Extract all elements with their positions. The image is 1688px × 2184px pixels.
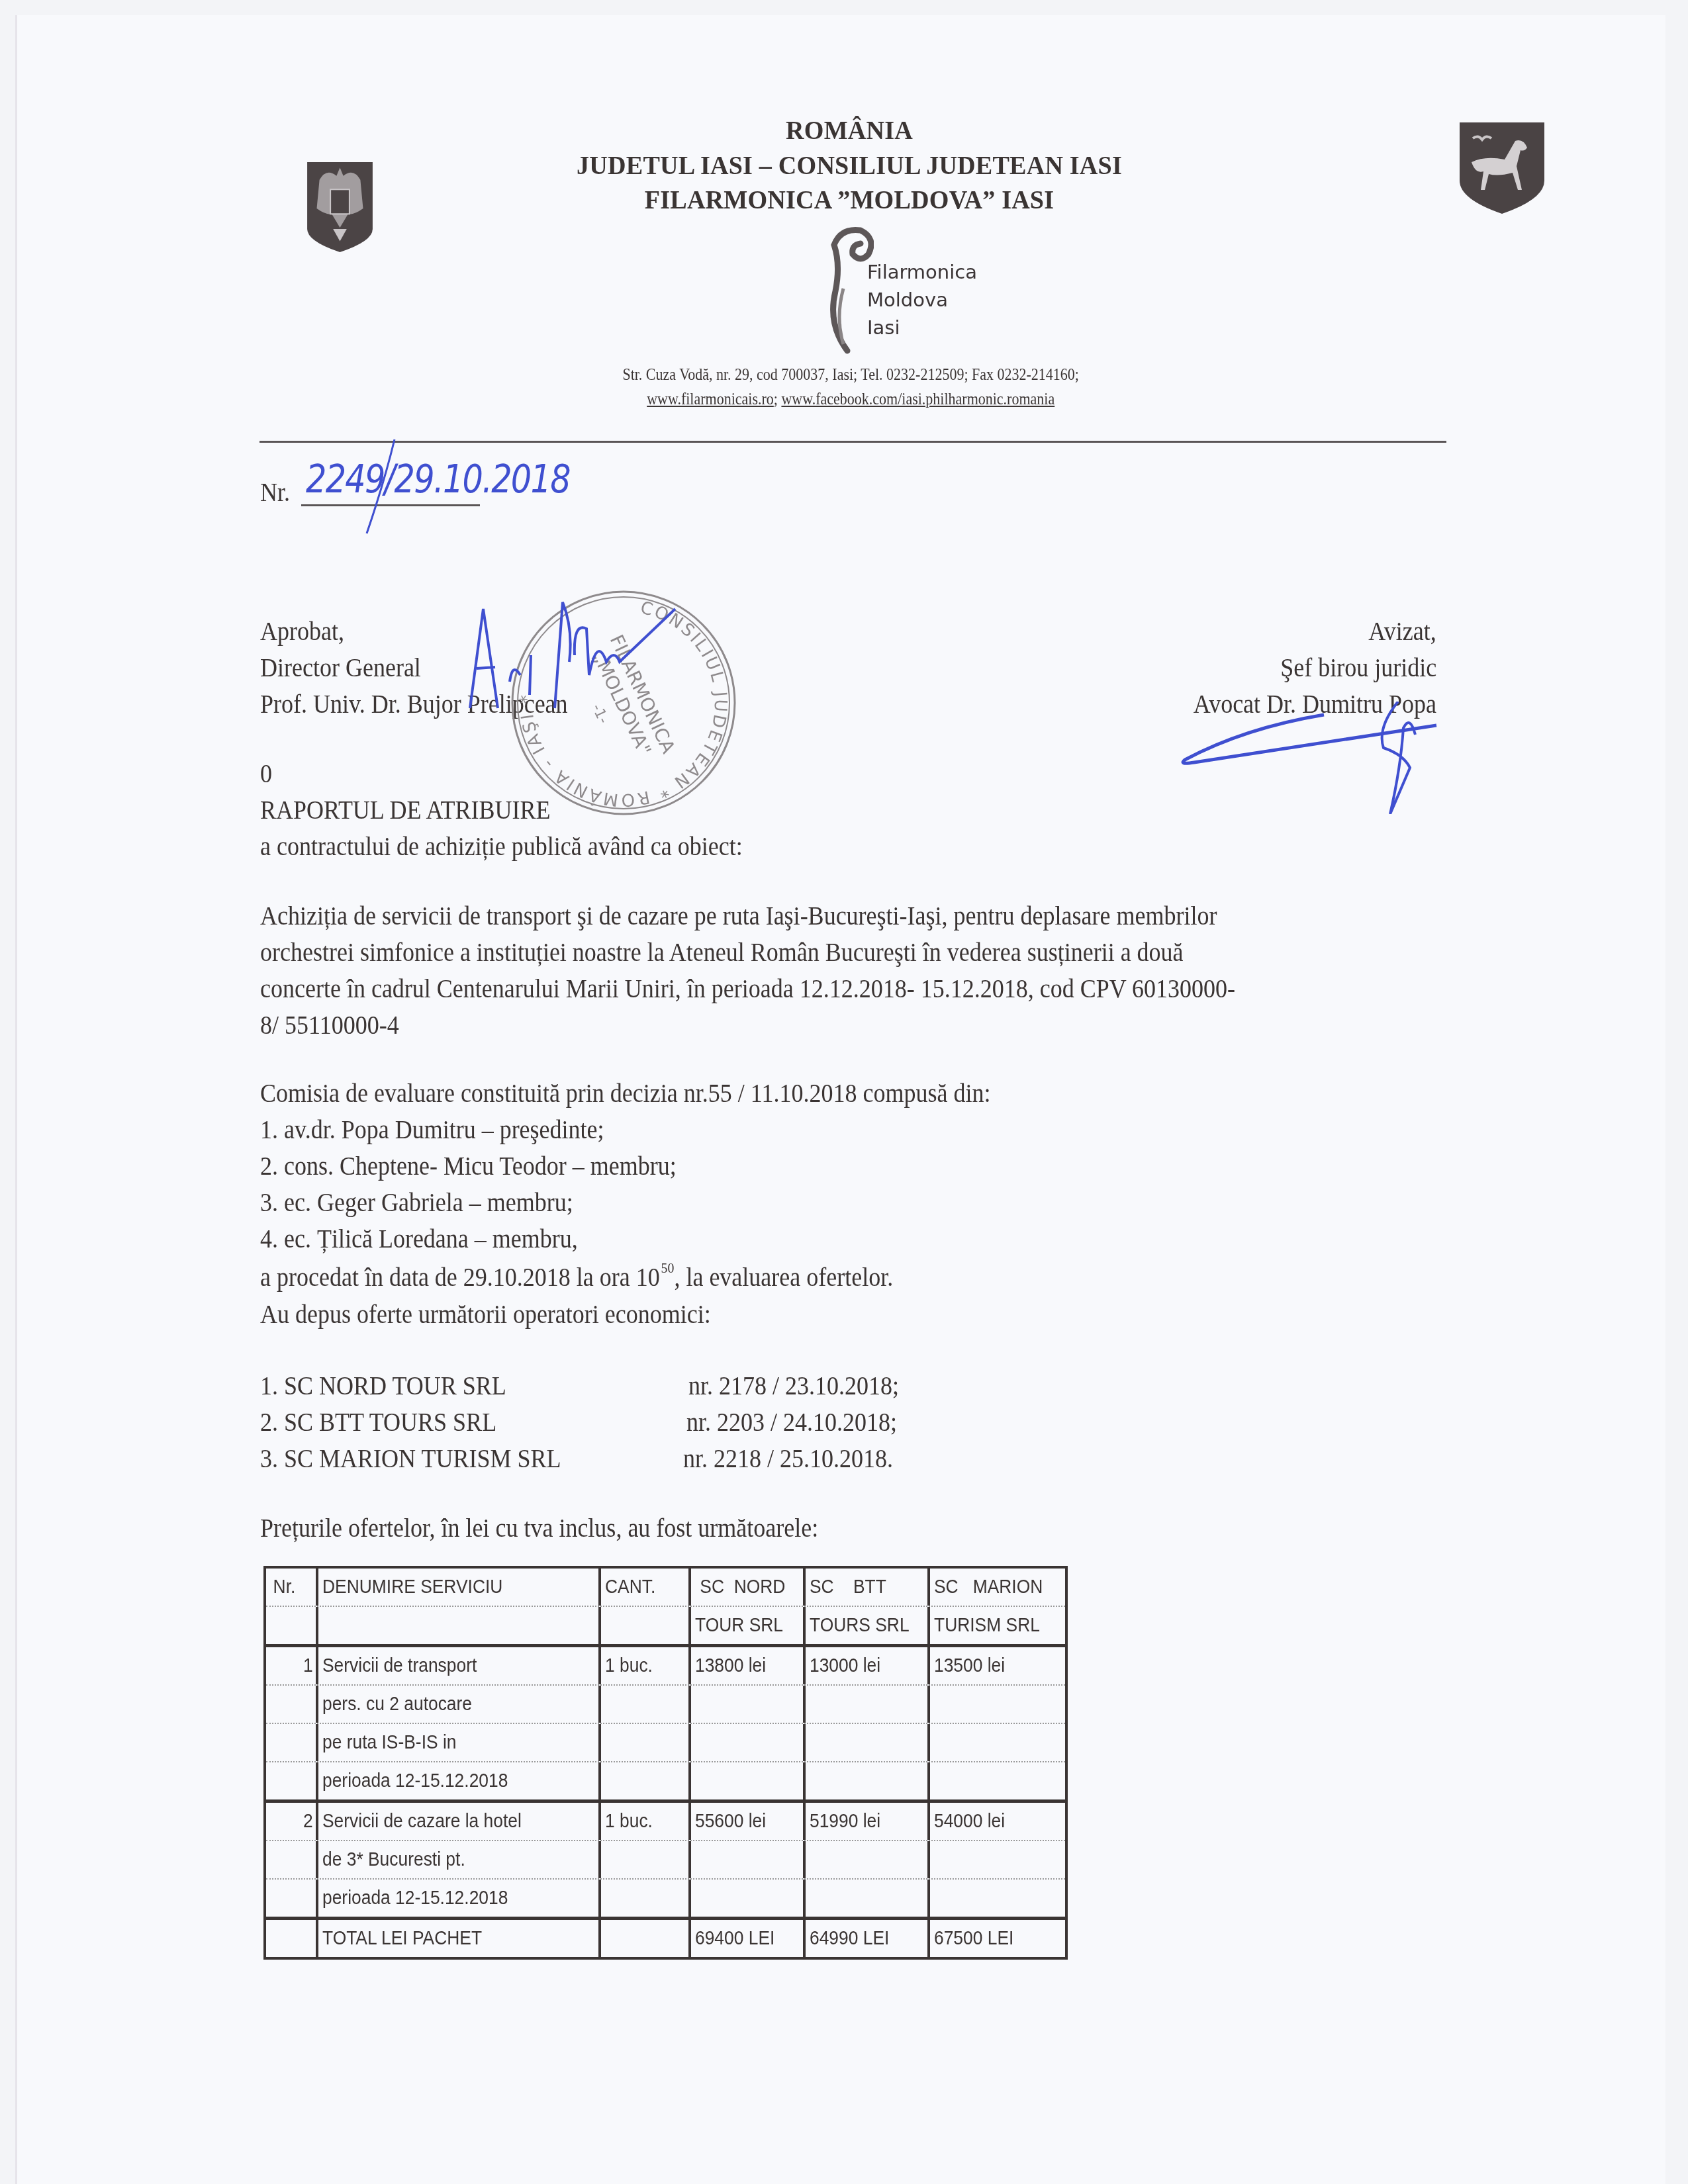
header-country: ROMÂNIA	[64, 114, 1634, 146]
director-title: Director General	[260, 652, 421, 683]
report-title: RAPORTUL DE ATRIBUIRE	[260, 794, 551, 825]
table-header-row: Nr. DENUMIRE SERVICIU CANT. SC NORD SC B…	[266, 1569, 1065, 1606]
legal-head-title: Şef birou juridic	[1280, 652, 1436, 683]
price-table: Nr. DENUMIRE SERVICIU CANT. SC NORD SC B…	[263, 1566, 1068, 1960]
zero-mark: 0	[260, 758, 272, 789]
legal-head-signature	[1165, 702, 1443, 814]
offer-reference: nr. 2178 / 23.10.2018;	[688, 1370, 899, 1401]
object-paragraph-line: concerte în cadrul Centenarului Marii Un…	[260, 973, 1235, 1004]
logo-line-moldova: Moldova	[867, 286, 977, 314]
object-paragraph-line: orchestrei simfonice a instituției noast…	[260, 936, 1184, 968]
approved-label: Aprobat,	[260, 615, 344, 647]
filarmonica-logo: Filarmonica Moldova Iasi	[821, 225, 1019, 357]
offer-name: 1. SC NORD TOUR SRL	[260, 1370, 506, 1401]
table-row: de 3* Bucuresti pt.	[266, 1840, 1065, 1878]
offer-reference: nr. 2203 / 24.10.2018;	[686, 1406, 897, 1437]
links-line: www.filarmonicais.ro; www.facebook.com/i…	[108, 390, 1593, 409]
address-line: Str. Cuza Vodă, nr. 29, cod 700037, Iasi…	[108, 366, 1593, 385]
table-total-row: TOTAL LEI PACHET 69400 LEI 64990 LEI 675…	[266, 1917, 1065, 1957]
website-link[interactable]: www.filarmonicais.ro	[647, 390, 774, 408]
table-row: perioada 12-15.12.2018	[266, 1878, 1065, 1917]
commission-member: 3. ec. Geger Gabriela – membru;	[260, 1187, 573, 1218]
commission-member: 1. av.dr. Popa Dumitru – preşedinte;	[260, 1114, 604, 1145]
handwritten-registration-number: 2249/29.10.2018	[306, 457, 570, 502]
report-subtitle: a contractului de achiziție publică avân…	[260, 831, 743, 862]
table-row: pers. cu 2 autocare	[266, 1684, 1065, 1723]
table-row: 2 Servicii de cazare la hotel 1 buc. 556…	[266, 1799, 1065, 1840]
offer-reference: nr. 2218 / 25.10.2018.	[683, 1443, 893, 1474]
object-paragraph-line: Achiziția de servicii de transport şi de…	[260, 900, 1217, 931]
director-signature	[457, 582, 708, 715]
table-row: 1 Servicii de transport 1 buc. 13800 lei…	[266, 1644, 1065, 1684]
violin-scroll-icon	[821, 225, 874, 357]
header-divider	[259, 441, 1446, 443]
commission-member: 4. ec. Țilică Loredana – membru,	[260, 1223, 578, 1254]
header-county-council: JUDETUL IASI – CONSILIUL JUDETEAN IASI	[64, 149, 1634, 181]
table-row: pe ruta IS-B-IS in	[266, 1723, 1065, 1761]
facebook-link[interactable]: www.facebook.com/iasi.philharmonic.roman…	[781, 390, 1055, 408]
offer-name: 3. SC MARION TURISM SRL	[260, 1443, 561, 1474]
table-row: perioada 12-15.12.2018	[266, 1761, 1065, 1799]
handwritten-slash-stroke	[357, 437, 397, 536]
header-institution: FILARMONICA ”MOLDOVA” IASI	[64, 183, 1634, 215]
offers-intro: Au depus oferte următorii operatori econ…	[260, 1298, 711, 1330]
table-header-row: TOUR SRL TOURS SRL TURISM SRL	[266, 1606, 1065, 1644]
commission-intro: Comisia de evaluare constituită prin dec…	[260, 1077, 990, 1109]
offer-name: 2. SC BTT TOURS SRL	[260, 1406, 496, 1437]
commission-member: 2. cons. Cheptene- Micu Teodor – membru;	[260, 1150, 677, 1181]
logo-line-filarmonica: Filarmonica	[867, 258, 977, 286]
logo-line-iasi: Iasi	[867, 314, 977, 341]
commission-procedure: a procedat în data de 29.10.2018 la ora …	[260, 1259, 893, 1293]
endorsed-label: Avizat,	[1369, 615, 1436, 647]
registration-label: Nr.	[260, 477, 290, 508]
prices-intro: Prețurile ofertelor, în lei cu tva inclu…	[260, 1512, 818, 1543]
object-paragraph-line: 8/ 55110000-4	[260, 1009, 399, 1040]
